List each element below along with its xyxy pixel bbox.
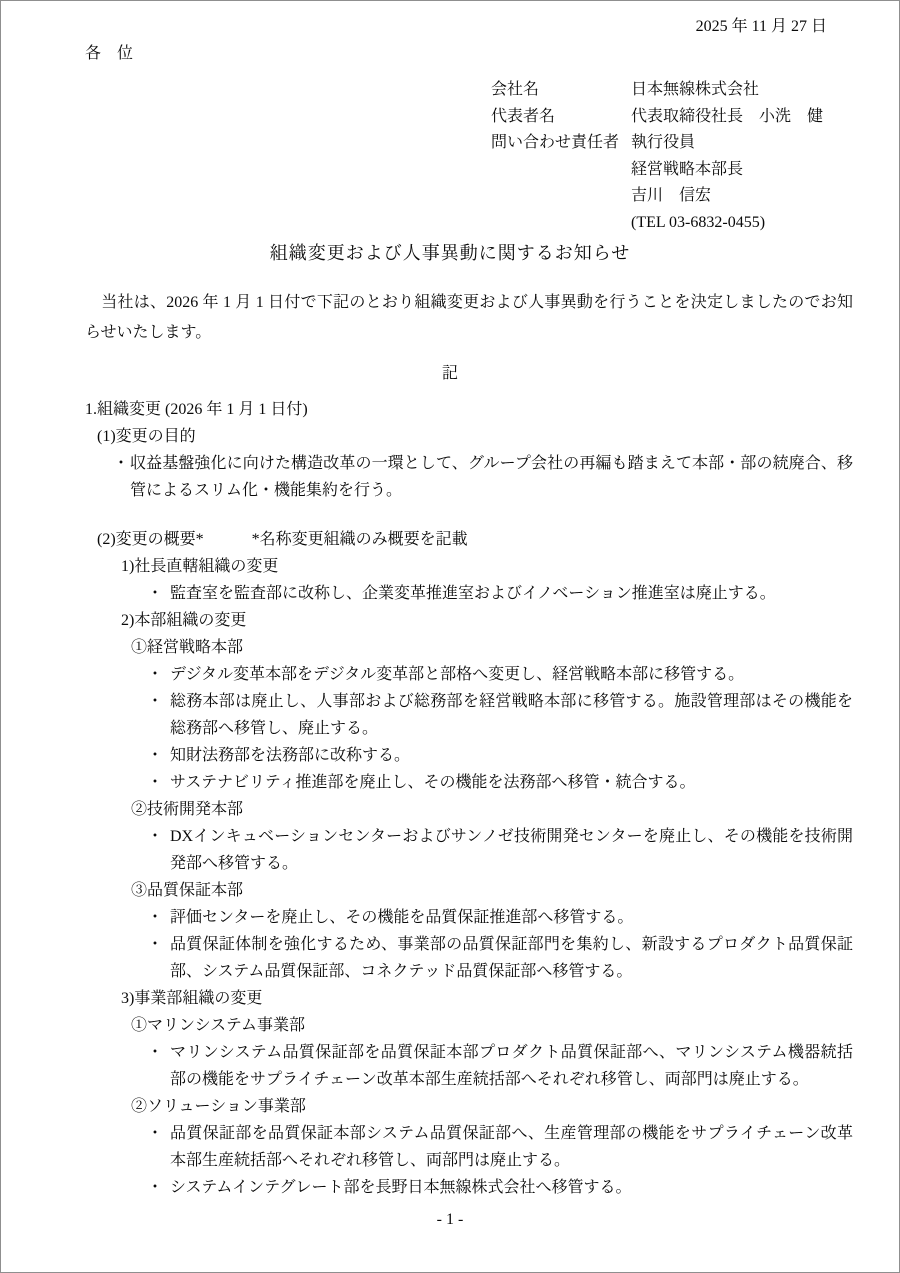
- strategy-division-heading: ①経営戦略本部: [85, 634, 853, 661]
- contact-title-value: 執行役員: [631, 130, 853, 157]
- company-info-row: 経営戦略本部長: [491, 157, 853, 184]
- contact-label: 問い合わせ責任者: [491, 130, 631, 157]
- company-info-row: 吉川 信宏: [491, 183, 853, 210]
- bullet-item: ・ 総務本部は廃止し、人事部および総務部を経営戦略本部に移管する。施設管理部はそ…: [85, 688, 853, 742]
- bullet-marker: ・: [113, 450, 130, 477]
- company-name-value: 日本無線株式会社: [631, 77, 853, 104]
- bullet-text: 品質保証部を品質保証本部システム品質保証部へ、生産管理部の機能をサプライチェーン…: [170, 1120, 853, 1174]
- tech-division-heading: ②技術開発本部: [85, 796, 853, 823]
- bullet-item: ・ 評価センターを廃止し、その機能を品質保証推進部へ移管する。: [85, 904, 853, 931]
- purpose-heading: (1)変更の目的: [85, 423, 853, 450]
- section-org-change-heading: 1.組織変更 (2026 年 1 月 1 日付): [85, 396, 853, 423]
- bullet-text: 知財法務部を法務部に改称する。: [170, 742, 853, 769]
- bullet-item: ・ サステナビリティ推進部を廃止し、その機能を法務部へ移管・統合する。: [85, 769, 853, 796]
- bullet-marker: ・: [147, 661, 170, 688]
- company-name-label: 会社名: [491, 77, 631, 104]
- document-body: 1.組織変更 (2026 年 1 月 1 日付) (1)変更の目的 ・ 収益基盤…: [85, 396, 853, 1201]
- bullet-marker: ・: [147, 1039, 170, 1066]
- bullet-marker: ・: [147, 931, 170, 958]
- subsection-honbu-org-heading: 2)本部組織の変更: [85, 607, 853, 634]
- bullet-item: ・ 監査室を監査部に改称し、企業変革推進室およびイノベーション推進室は廃止する。: [85, 580, 853, 607]
- representative-value: 代表取締役社長 小洗 健: [631, 104, 853, 131]
- bullet-item: ・ システムインテグレート部を長野日本無線株式会社へ移管する。: [85, 1174, 853, 1201]
- company-info-row: 問い合わせ責任者 執行役員: [491, 130, 853, 157]
- subsection-business-org-heading: 3)事業部組織の変更: [85, 985, 853, 1012]
- bullet-item: ・ 品質保証部を品質保証本部システム品質保証部へ、生産管理部の機能をサプライチェ…: [85, 1120, 853, 1174]
- bullet-item: ・ デジタル変革本部をデジタル変革部と部格へ変更し、経営戦略本部に移管する。: [85, 661, 853, 688]
- contact-division-value: 経営戦略本部長: [631, 157, 853, 184]
- bullet-text: マリンシステム品質保証部を品質保証本部プロダクト品質保証部へ、マリンシステム機器…: [170, 1039, 853, 1093]
- bullet-marker: ・: [147, 769, 170, 796]
- subsection-president-org-heading: 1)社長直轄組織の変更: [85, 553, 853, 580]
- bullet-text: サステナビリティ推進部を廃止し、その機能を法務部へ移管・統合する。: [170, 769, 853, 796]
- bullet-item: ・ 品質保証体制を強化するため、事業部の品質保証部門を集約し、新設するプロダクト…: [85, 931, 853, 985]
- quality-division-heading: ③品質保証本部: [85, 877, 853, 904]
- bullet-marker: ・: [147, 1174, 170, 1201]
- empty-label: [491, 210, 631, 237]
- intro-paragraph: 当社は、2026 年 1 月 1 日付で下記のとおり組織変更および人事異動を行う…: [85, 288, 853, 348]
- bullet-text: 総務本部は廃止し、人事部および総務部を経営戦略本部に移管する。施設管理部はその機…: [170, 688, 853, 742]
- overview-heading: (2)変更の概要* *名称変更組織のみ概要を記載: [85, 526, 853, 553]
- company-info-row: 代表者名 代表取締役社長 小洗 健: [491, 104, 853, 131]
- page-number: - 1 -: [1, 1209, 899, 1231]
- bullet-marker: ・: [147, 688, 170, 715]
- bullet-text: DXインキュベーションセンターおよびサンノゼ技術開発センターを廃止し、その機能を…: [170, 823, 853, 877]
- bullet-text: 評価センターを廃止し、その機能を品質保証推進部へ移管する。: [170, 904, 853, 931]
- bullet-marker: ・: [147, 580, 170, 607]
- bullet-marker: ・: [147, 904, 170, 931]
- bullet-item: ・ 収益基盤強化に向けた構造改革の一環として、グループ会社の再編も踏まえて本部・…: [85, 450, 853, 504]
- marine-division-heading: ①マリンシステム事業部: [85, 1012, 853, 1039]
- bullet-marker: ・: [147, 823, 170, 850]
- empty-label: [491, 183, 631, 210]
- contact-person-value: 吉川 信宏: [631, 183, 853, 210]
- bullet-marker: ・: [147, 742, 170, 769]
- contact-tel-value: (TEL 03-6832-0455): [631, 210, 853, 237]
- recipient-line: 各 位: [85, 43, 853, 65]
- bullet-text: 収益基盤強化に向けた構造改革の一環として、グループ会社の再編も踏まえて本部・部の…: [130, 450, 853, 504]
- representative-label: 代表者名: [491, 104, 631, 131]
- company-info-row: 会社名 日本無線株式会社: [491, 77, 853, 104]
- bullet-text: 品質保証体制を強化するため、事業部の品質保証部門を集約し、新設するプロダクト品質…: [170, 931, 853, 985]
- document-page: 2025 年 11 月 27 日 各 位 会社名 日本無線株式会社 代表者名 代…: [0, 0, 900, 1273]
- empty-label: [491, 157, 631, 184]
- company-info-block: 会社名 日本無線株式会社 代表者名 代表取締役社長 小洗 健 問い合わせ責任者 …: [491, 77, 853, 236]
- ki-marker: 記: [1, 360, 899, 388]
- document-title: 組織変更および人事異動に関するお知らせ: [1, 240, 899, 266]
- bullet-text: デジタル変革本部をデジタル変革部と部格へ変更し、経営戦略本部に移管する。: [170, 661, 853, 688]
- bullet-item: ・ マリンシステム品質保証部を品質保証本部プロダクト品質保証部へ、マリンシステム…: [85, 1039, 853, 1093]
- bullet-text: システムインテグレート部を長野日本無線株式会社へ移管する。: [170, 1174, 853, 1201]
- bullet-text: 監査室を監査部に改称し、企業変革推進室およびイノベーション推進室は廃止する。: [170, 580, 853, 607]
- bullet-item: ・ 知財法務部を法務部に改称する。: [85, 742, 853, 769]
- solution-division-heading: ②ソリューション事業部: [85, 1093, 853, 1120]
- company-info-row: (TEL 03-6832-0455): [491, 210, 853, 237]
- document-date: 2025 年 11 月 27 日: [85, 17, 853, 37]
- bullet-item: ・ DXインキュベーションセンターおよびサンノゼ技術開発センターを廃止し、その機…: [85, 823, 853, 877]
- bullet-marker: ・: [147, 1120, 170, 1147]
